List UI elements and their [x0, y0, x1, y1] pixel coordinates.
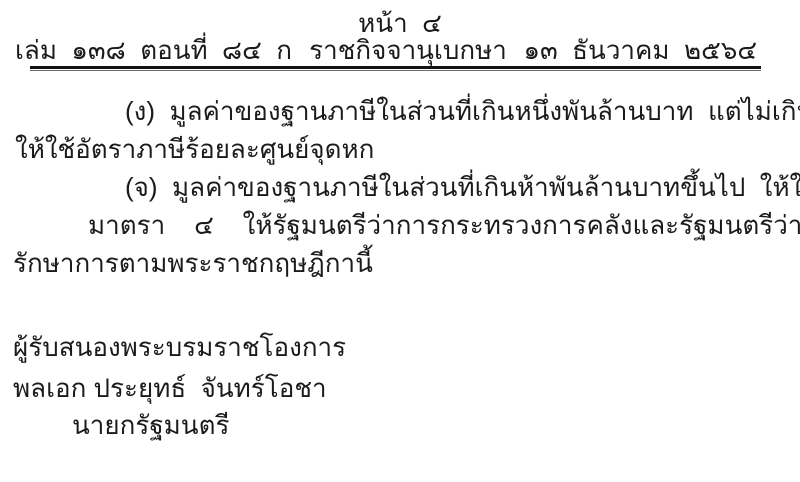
clause-jo-line: (จ) มูลค่าของฐานภาษีในส่วนที่เกินห้าพันล…: [125, 170, 800, 204]
clause-ngo-line-2: ให้ใช้อัตราภาษีร้อยละศูนย์จุดหก: [15, 132, 374, 166]
gazette-page: หน้า ๔ เล่ม ๑๓๘ ตอนที่ ๘๔ ก ราชกิจจานุเบ…: [0, 0, 800, 482]
section-4-line-2: รักษาการตามพระราชกฤษฎีกานี้: [13, 246, 373, 280]
gazette-date: ๑๓ ธันวาคม ๒๕๖๔: [523, 33, 757, 67]
section-4-line-1: มาตรา ๔ ให้รัฐมนตรีว่าการกระทรวงการคลังแ…: [88, 208, 800, 242]
header-divider-rule: [30, 66, 761, 71]
clause-ngo-line-1: (ง) มูลค่าของฐานภาษีในส่วนที่เกินหนึ่งพั…: [125, 94, 800, 128]
countersign-title: นายกรัฐมนตรี: [72, 408, 229, 442]
divider-thick-line: [30, 66, 761, 69]
countersign-label: ผู้รับสนองพระบรมราชโองการ: [13, 330, 346, 364]
countersign-name: พลเอก ประยุทธ์ จันทร์โอชา: [13, 371, 327, 405]
divider-thin-line: [30, 70, 761, 71]
